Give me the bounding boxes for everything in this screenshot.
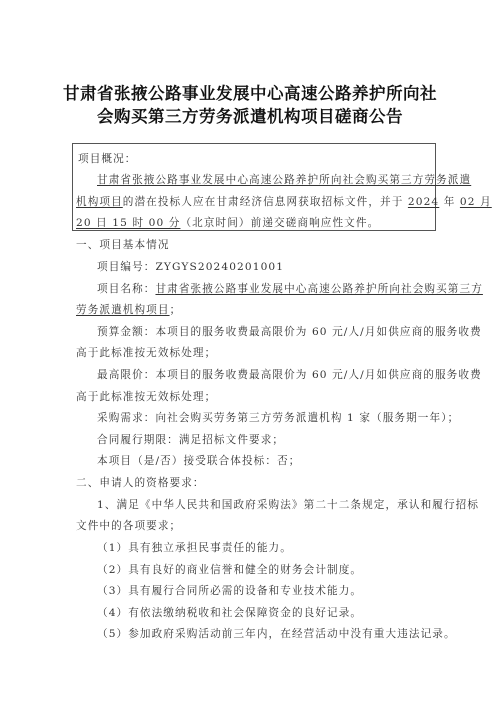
- consortium-bid: 本项目（是/否）接受联合体投标：否；: [97, 453, 300, 468]
- budget-line-2: 高于此标准按无效标处理；: [76, 345, 216, 360]
- max-price-line-2: 高于此标准按无效标处理；: [76, 389, 216, 404]
- requirement-item: （3）具有履行合同所必需的设备和专业技术能力。: [97, 583, 362, 598]
- requirement-item: （2）具有良好的商业信誉和健全的财务会计制度。: [97, 562, 362, 577]
- project-name-line-1: 项目名称：甘肃省张掖公路事业发展中心高速公路养护所向社会购买第三方: [97, 281, 483, 296]
- requirement-item: （4）有依法缴纳税收和社会保障资金的良好记录。: [97, 605, 362, 620]
- max-price-line-1: 最高限价：本项目的服务收费最高限价为 60 元/人/月如供应商的服务收费: [97, 367, 482, 382]
- requirement-item: （1）具有独立承担民事责任的能力。: [97, 540, 292, 555]
- requirement-1-line-1: 1、满足《中华人民共和国政府采购法》第二十二条规定，承认和履行招标: [97, 497, 479, 512]
- requirement-1-line-2: 文件中的各项要求；: [76, 518, 181, 533]
- requirement-item: （5）参加政府采购活动前三年内，在经营活动中没有重大违法记录。: [97, 626, 456, 641]
- overview-line-3: 20 日 15 时 00 分（北京时间）前递交磋商响应性文件。: [76, 215, 379, 230]
- title-line-1: 甘肃省张掖公路事业发展中心高速公路养护所向社: [0, 80, 500, 104]
- section-2-heading: 二、申请人的资格要求：: [76, 475, 205, 490]
- purchase-demand: 采购需求：向社会购买劳务第三方劳务派遣机构 1 家（服务期一年）；: [97, 410, 459, 425]
- title-line-2: 会购买第三方劳务派遣机构项目磋商公告: [0, 103, 500, 127]
- overview-line-1: 甘肃省张掖公路事业发展中心高速公路养护所向社会购买第三方劳务派遣: [97, 172, 471, 187]
- overview-line-2: 机构项目的潜在投标人应在甘肃经济信息网获取招标文件，并于 2024 年 02 月: [76, 194, 492, 209]
- section-1-heading: 一、项目基本情况: [76, 237, 170, 252]
- project-name-line-2: 劳务派遣机构项目；: [76, 302, 181, 317]
- contract-period: 合同履行期限：满足招标文件要求；: [97, 432, 284, 447]
- project-number: 项目编号：ZYGYS20240201001: [97, 259, 284, 274]
- overview-heading: 项目概况：: [78, 151, 136, 166]
- budget-line-1: 预算金额：本项目的服务收费最高限价为 60 元/人/月如供应商的服务收费: [97, 324, 482, 339]
